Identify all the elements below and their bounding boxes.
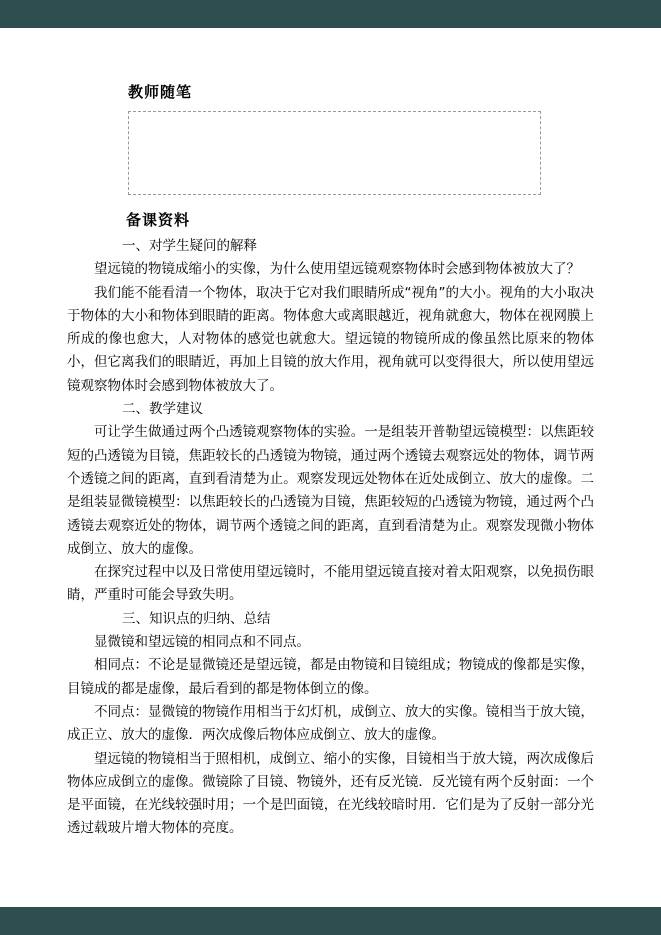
paragraph: 在探究过程中以及日常使用望远镜时，不能用望远镜直接对着太阳观察，以免损伤眼睛，严…	[67, 561, 594, 608]
window-top-bar	[0, 0, 661, 28]
teacher-notes-title: 教师随笔	[128, 84, 661, 100]
paragraph: 望远镜的物镜成缩小的实像，为什么使用望远镜观察物体时会感到物体被放大了？	[67, 258, 594, 281]
paragraph: 显微镜和望远镜的相同点和不同点。	[67, 631, 594, 654]
teacher-notes-box	[128, 111, 541, 195]
paragraph: 相同点：不论是显微镜还是望远镜，都是由物镜和目镜组成；物镜成的像都是实像，目镜成…	[67, 654, 594, 701]
paragraph: 可让学生做通过两个凸透镜观察物体的实验。一是组装开普勒望远镜模型：以焦距较短的凸…	[67, 421, 594, 561]
paragraph: 不同点：显微镜的物镜作用相当于幻灯机，成倒立、放大的实像。镜相当于放大镜，成正立…	[67, 701, 594, 748]
document-page: 教师随笔 备课资料 一、对学生疑问的解释 望远镜的物镜成缩小的实像，为什么使用望…	[0, 28, 661, 907]
window-bottom-bar	[0, 907, 661, 935]
document-body: 一、对学生疑问的解释 望远镜的物镜成缩小的实像，为什么使用望远镜观察物体时会感到…	[67, 235, 594, 841]
paragraph: 我们能不能看清一个物体，取决于它对我们眼睛所成“视角”的大小。视角的大小取决于物…	[67, 282, 594, 398]
prep-materials-title: 备课资料	[126, 212, 661, 228]
paragraph: 望远镜的物镜相当于照相机，成倒立、缩小的实像，目镜相当于放大镜，两次成像后物体应…	[67, 748, 594, 841]
section-heading-3: 三、知识点的归纳、总结	[67, 608, 594, 631]
section-heading-1: 一、对学生疑问的解释	[67, 235, 594, 258]
section-heading-2: 二、教学建议	[67, 398, 594, 421]
